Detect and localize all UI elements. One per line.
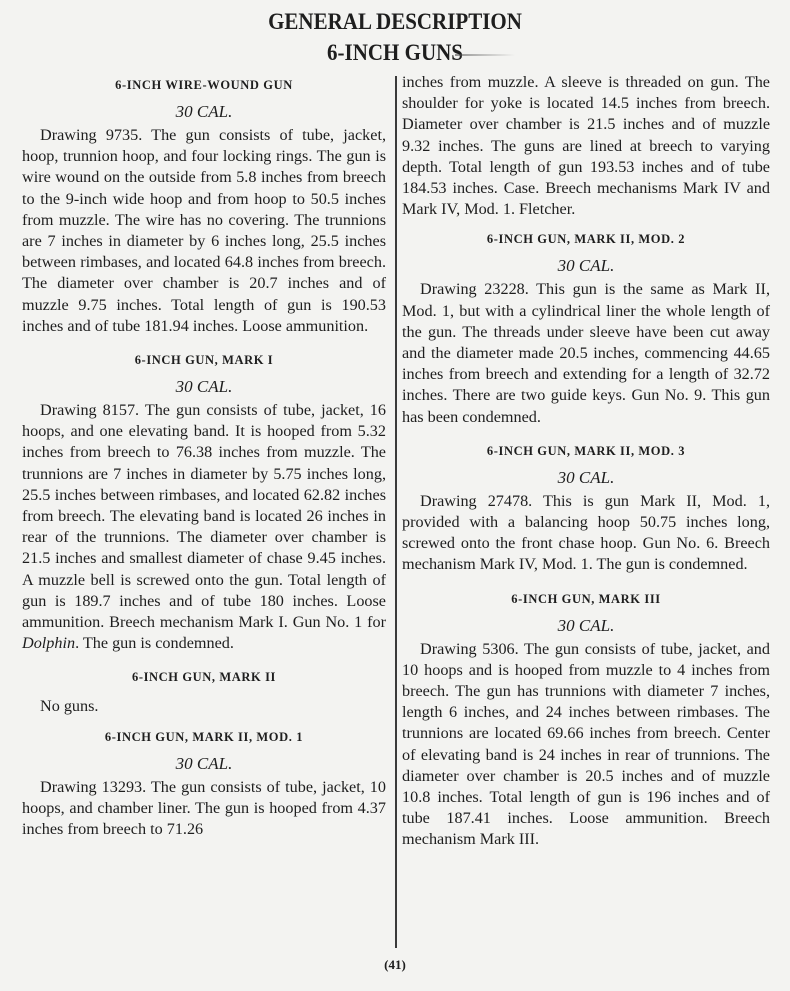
section-heading: 6-INCH WIRE-WOUND GUN: [22, 72, 386, 98]
page-title: GENERAL DESCRIPTION: [0, 8, 790, 36]
section-mark-ii-mod-3: 6-INCH GUN, MARK II, MOD. 3 30 CAL. Draw…: [402, 438, 770, 576]
caliber-label: 30 CAL.: [22, 750, 386, 777]
section-mark-ii: 6-INCH GUN, MARK II No guns.: [22, 664, 386, 717]
document-page: GENERAL DESCRIPTION 6-INCH GUNS 6-INCH W…: [0, 0, 790, 991]
section-heading: 6-INCH GUN, MARK II, MOD. 3: [402, 438, 770, 464]
column-divider: [395, 76, 397, 948]
ship-name: Dolphin: [22, 634, 75, 652]
section-heading: 6-INCH GUN, MARK I: [22, 347, 386, 373]
section-body: Drawing 23228. This gun is the same as M…: [402, 279, 770, 427]
section-mark-ii-mod-1: 6-INCH GUN, MARK II, MOD. 1 30 CAL. Draw…: [22, 724, 386, 841]
section-heading: 6-INCH GUN, MARK III: [402, 586, 770, 612]
section-mark-iii: 6-INCH GUN, MARK III 30 CAL. Drawing 530…: [402, 586, 770, 851]
section-heading: 6-INCH GUN, MARK II, MOD. 1: [22, 724, 386, 750]
caliber-label: 30 CAL.: [402, 464, 770, 491]
right-column: inches from muzzle. A sleeve is threaded…: [402, 72, 770, 851]
print-smudge: [455, 54, 515, 56]
section-mark-i: 6-INCH GUN, MARK I 30 CAL. Drawing 8157.…: [22, 347, 386, 654]
left-column: 6-INCH WIRE-WOUND GUN 30 CAL. Drawing 97…: [22, 72, 386, 840]
section-wire-wound-gun: 6-INCH WIRE-WOUND GUN 30 CAL. Drawing 97…: [22, 72, 386, 337]
page-subtitle: 6-INCH GUNS: [0, 39, 790, 67]
caliber-label: 30 CAL.: [22, 373, 386, 400]
page-number: (41): [0, 957, 790, 973]
section-heading: 6-INCH GUN, MARK II: [22, 664, 386, 690]
caliber-label: 30 CAL.: [402, 612, 770, 639]
section-body: Drawing 27478. This is gun Mark II, Mod.…: [402, 491, 770, 576]
section-heading: 6-INCH GUN, MARK II, MOD. 2: [402, 226, 770, 252]
section-body: No guns.: [22, 696, 386, 717]
section-mark-ii-mod-2: 6-INCH GUN, MARK II, MOD. 2 30 CAL. Draw…: [402, 226, 770, 427]
continued-text: inches from muzzle. A sleeve is threaded…: [402, 72, 770, 220]
caliber-label: 30 CAL.: [22, 98, 386, 125]
section-body: Drawing 9735. The gun consists of tube, …: [22, 125, 386, 337]
section-body: Drawing 8157. The gun consists of tube, …: [22, 400, 386, 654]
caliber-label: 30 CAL.: [402, 252, 770, 279]
section-body: Drawing 5306. The gun consists of tube, …: [402, 639, 770, 851]
body-text: . The gun is condemned.: [75, 634, 234, 652]
body-text: Drawing 8157. The gun consists of tube, …: [22, 401, 386, 631]
section-body: Drawing 13293. The gun consists of tube,…: [22, 777, 386, 841]
